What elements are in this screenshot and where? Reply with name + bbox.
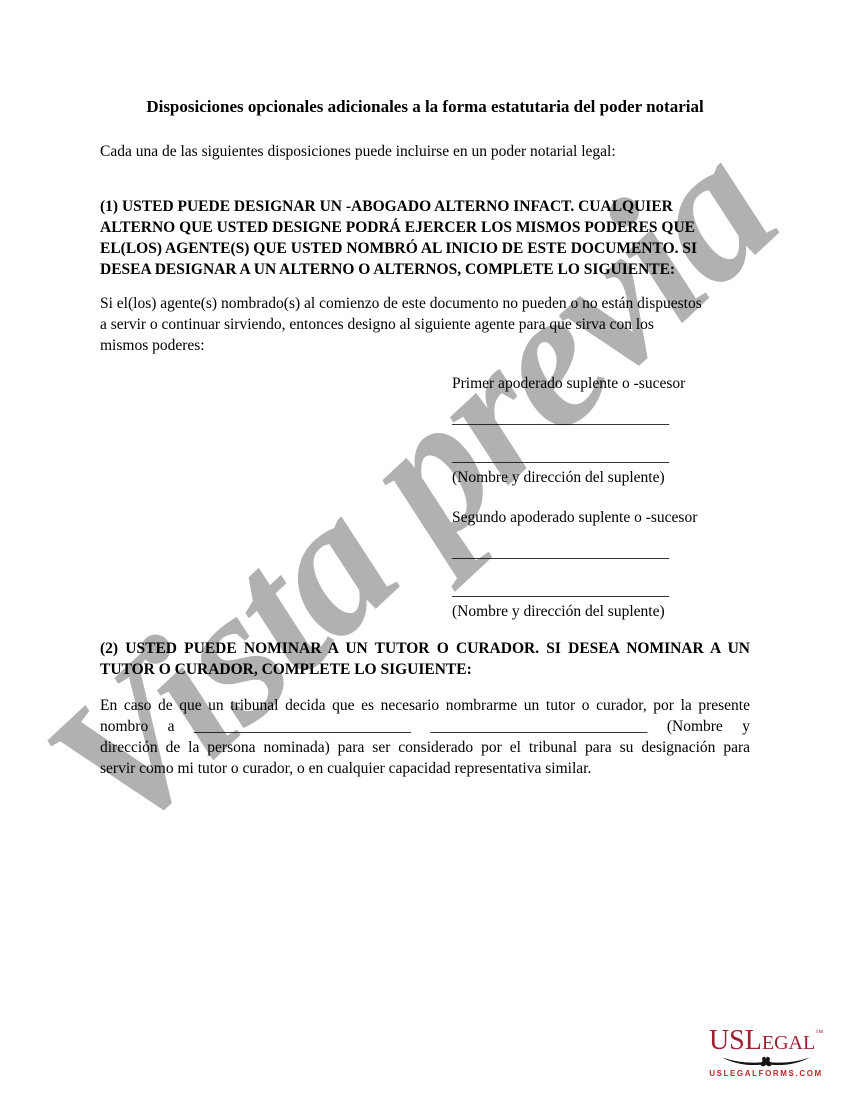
logo-egal: EGAL — [762, 1032, 815, 1054]
first-alternate-address-blank: ____________________________ — [452, 446, 750, 467]
first-alternate-caption: (Nombre y dirección del suplente) — [452, 467, 750, 488]
heading-line: (2) USTED PUEDE NOMINAR A UN TUTOR O CUR… — [100, 638, 750, 659]
trademark-symbol: ™ — [815, 1028, 823, 1037]
section-1-paragraph: Si el(los) agente(s) nombrado(s) al comi… — [100, 293, 750, 356]
uslegal-wordmark: USLEGAL™ — [700, 1020, 832, 1058]
paragraph-line: mismos poderes: — [100, 335, 750, 356]
logo-us: US — [709, 1025, 745, 1056]
second-alternate-address-blank: ____________________________ — [452, 580, 750, 601]
heading-line: ALTERNO QUE USTED DESIGNE PODRÁ EJERCER … — [100, 217, 750, 238]
paragraph-line: servir como mi tutor o curador, o en cua… — [100, 758, 750, 779]
document-body: Disposiciones opcionales adicionales a l… — [100, 0, 750, 779]
section-2-heading: (2) USTED PUEDE NOMINAR A UN TUTOR O CUR… — [100, 638, 750, 680]
alternate-agents-block: Primer apoderado suplente o -sucesor ___… — [452, 373, 750, 622]
first-alternate-name-blank: ____________________________ — [452, 408, 750, 429]
second-alternate-name-blank: ____________________________ — [452, 542, 750, 563]
first-alternate-label: Primer apoderado suplente o -sucesor — [452, 373, 750, 394]
paragraph-line: Si el(los) agente(s) nombrado(s) al comi… — [100, 293, 750, 314]
heading-line: (1) USTED PUEDE DESIGNAR UN -ABOGADO ALT… — [100, 196, 750, 217]
heading-line: EL(LOS) AGENTE(S) QUE USTED NOMBRÓ AL IN… — [100, 238, 750, 259]
paragraph-line: a servir o continuar sirviendo, entonces… — [100, 314, 750, 335]
uslegalforms-url: USLEGALFORMS.COM — [700, 1069, 832, 1078]
document-title: Disposiciones opcionales adicionales a l… — [100, 96, 750, 118]
paragraph-line: dirección de la persona nominada) para s… — [100, 737, 750, 758]
section-1-heading: (1) USTED PUEDE DESIGNAR UN -ABOGADO ALT… — [100, 196, 750, 280]
second-alternate-caption: (Nombre y dirección del suplente) — [452, 601, 750, 622]
section-2-paragraph: En caso de que un tribunal decida que es… — [100, 695, 750, 779]
heading-line: DESEA DESIGNAR A UN ALTERNO O ALTERNOS, … — [100, 259, 750, 280]
paragraph-line: En caso de que un tribunal decida que es… — [100, 695, 750, 716]
heading-line: TUTOR O CURADOR, COMPLETE LO SIGUIENTE: — [100, 659, 750, 680]
second-alternate-label: Segundo apoderado suplente o -sucesor — [452, 507, 750, 528]
guardian-name-blank-line: nombro a ____________________________ __… — [100, 716, 750, 737]
logo-l: L — [745, 1025, 762, 1056]
uslegal-logo: USLEGAL™ USLEGALFORMS.COM — [700, 1020, 832, 1078]
document-page: Vista previa Disposiciones opcionales ad… — [0, 0, 850, 1100]
intro-paragraph: Cada una de las siguientes disposiciones… — [100, 141, 750, 162]
